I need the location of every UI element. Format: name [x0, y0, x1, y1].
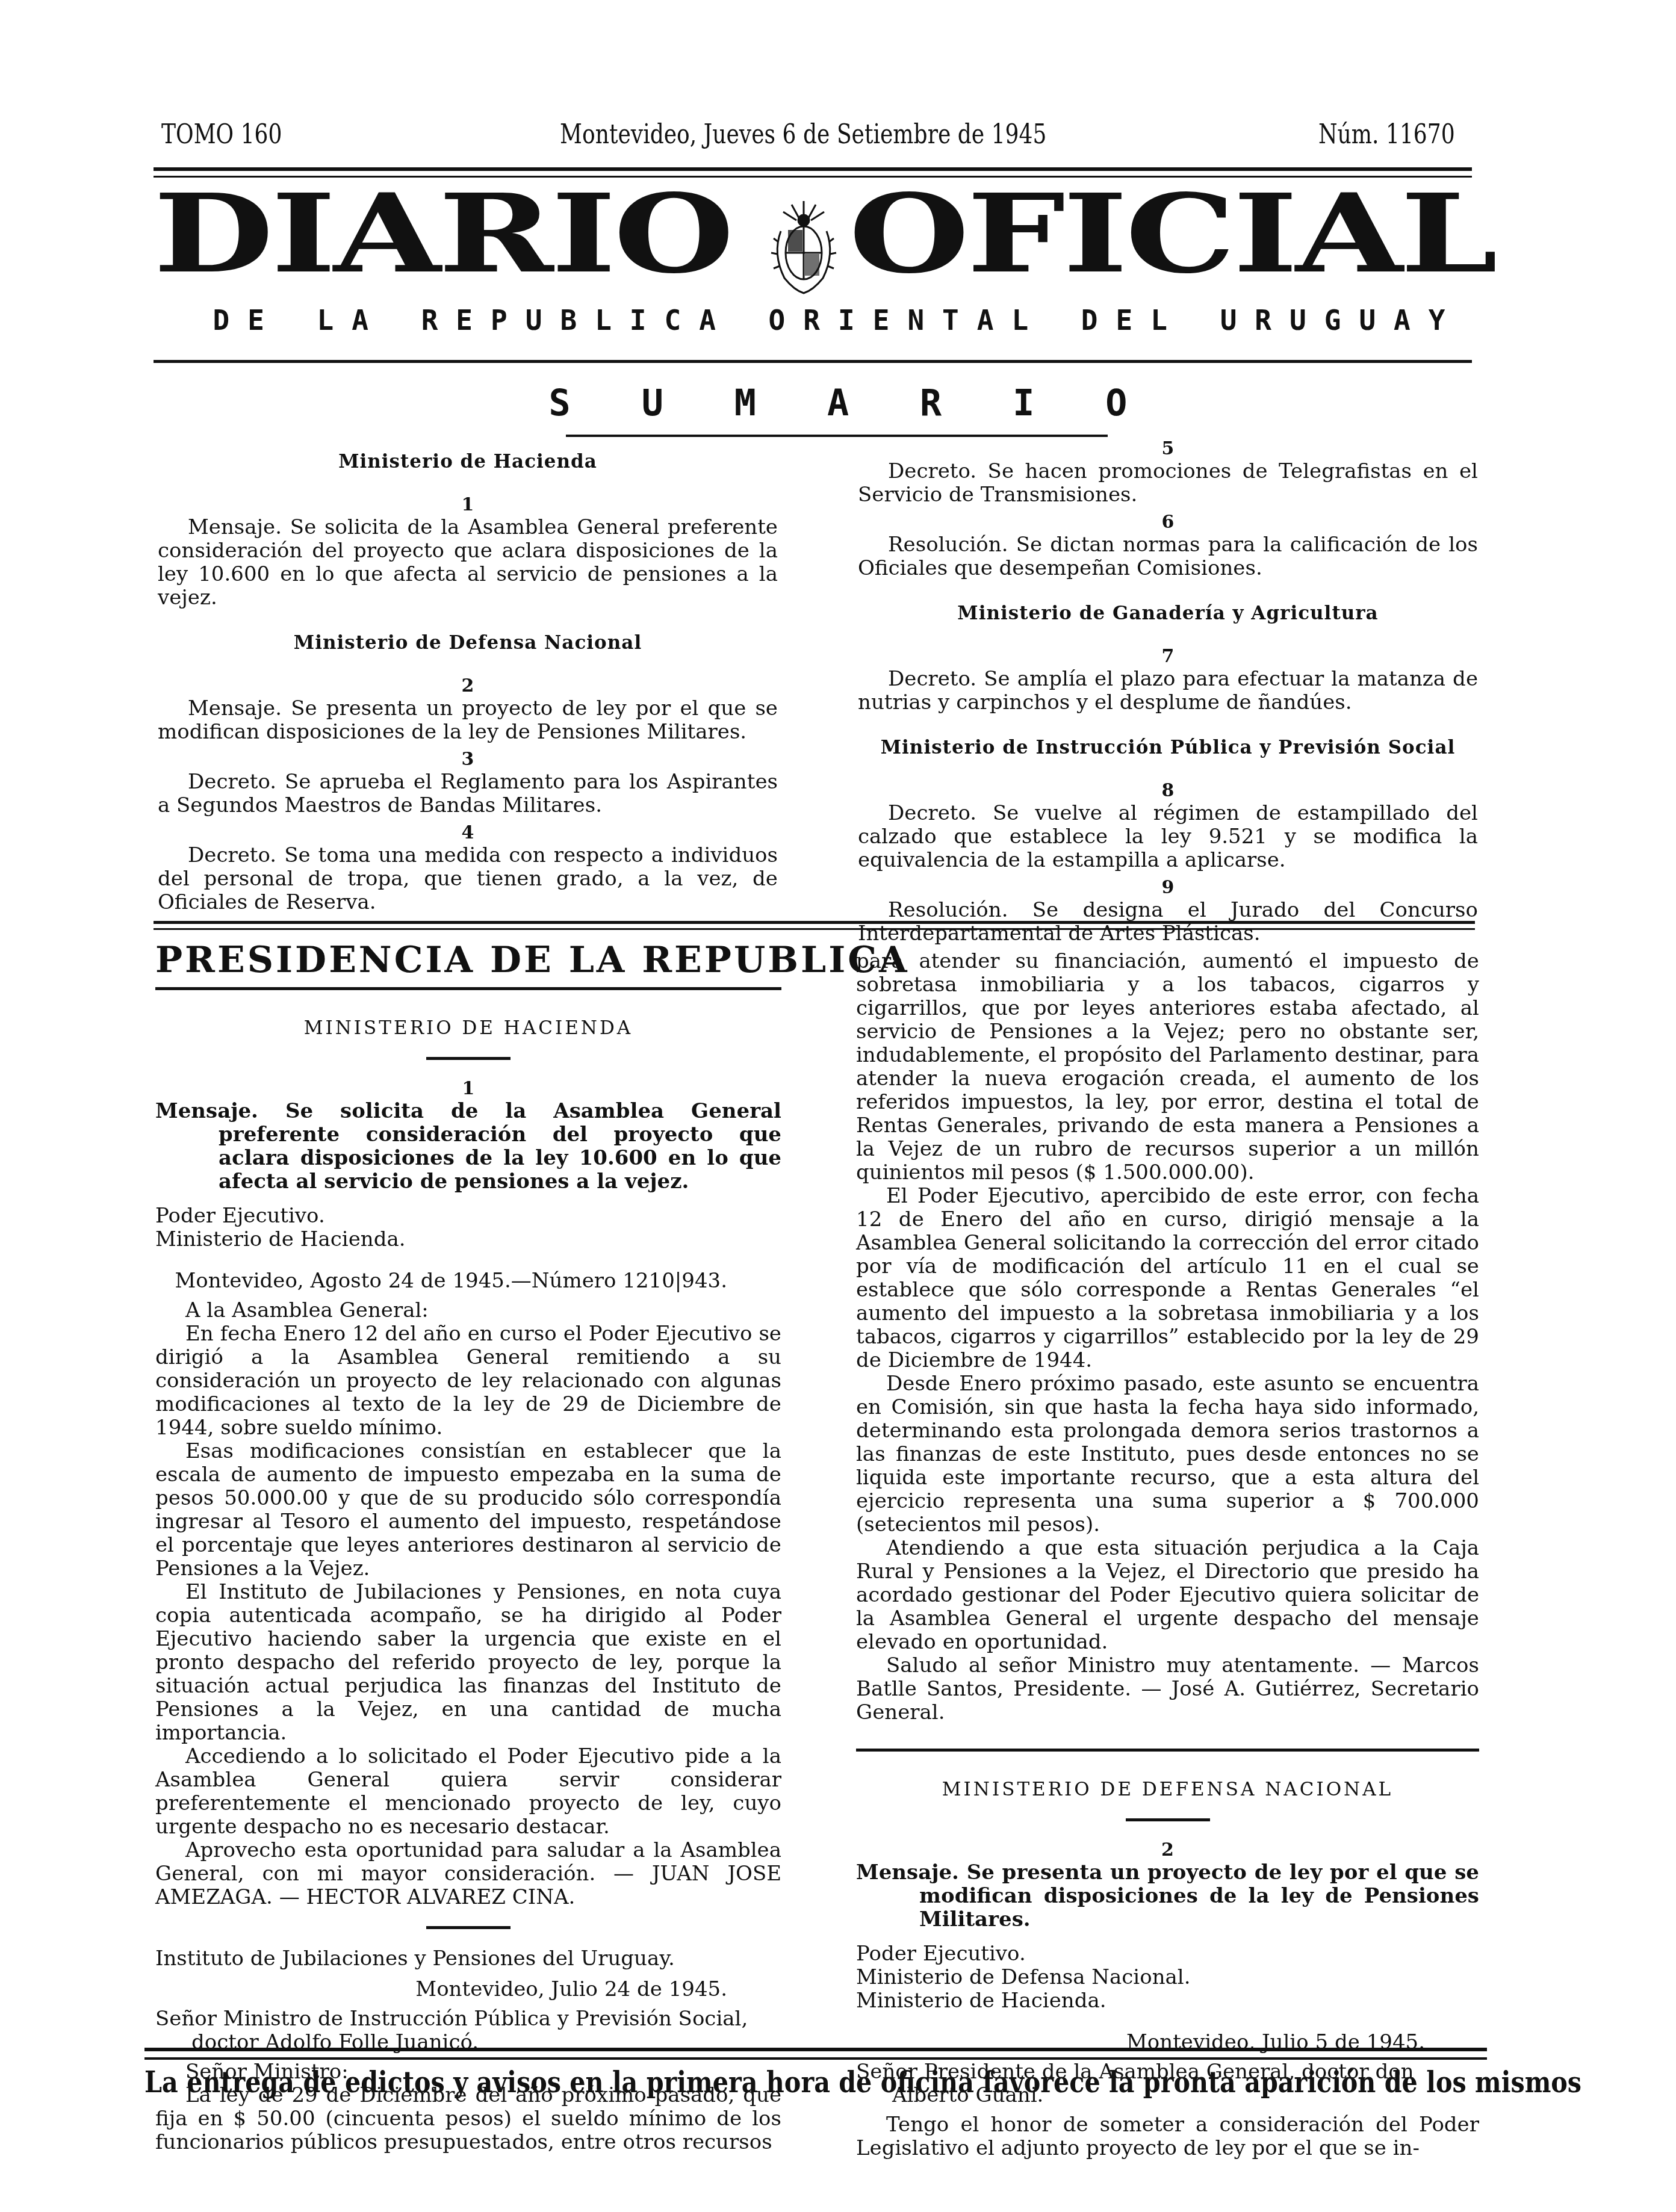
summary-heading: Mensaje. Se presenta un proyecto de ley … [856, 1861, 1479, 1932]
paragraph: Aprovecho esta oportunidad para saludar … [155, 1839, 781, 1909]
spacer [155, 1194, 781, 1204]
separator-rule [426, 1926, 511, 1929]
ministry-heading: Ministerio de Hacienda [158, 450, 778, 474]
paragraph: Mensaje. Se presenta un proyecto de ley … [158, 697, 778, 744]
paragraph: Tengo el honor de someter a consideració… [856, 2113, 1479, 2160]
paragraph: Desde Enero próximo pasado, este asunto … [856, 1372, 1479, 1537]
paragraph: Accediendo a lo solicitado el Poder Ejec… [155, 1745, 781, 1839]
separator-rule [426, 1057, 511, 1060]
spacer [856, 2013, 1479, 2024]
paragraph: Decreto. Se amplía el plazo para efectua… [858, 668, 1478, 714]
paragraph: Mensaje. Se solicita de la Asamblea Gene… [158, 516, 778, 610]
paragraph: Saludo al señor Ministro muy atentamente… [856, 1654, 1479, 1724]
item-number: 7 [858, 646, 1478, 668]
subtitle-rule [154, 360, 1472, 363]
item-number: 3 [158, 749, 778, 770]
item-number: 1 [155, 1078, 781, 1100]
separator-rule [1126, 1818, 1210, 1821]
subsection-title: MINISTERIO DE DEFENSA NACIONAL [856, 1778, 1479, 1802]
text-line: Ministerio de Defensa Nacional. [856, 1966, 1479, 1989]
text-line: Poder Ejecutivo. [155, 1204, 781, 1228]
text-line: Ministerio de Hacienda. [856, 1989, 1479, 2013]
paragraph: A la Asamblea General: [155, 1299, 781, 1322]
paragraph: Atendiendo a que esta situación perjudic… [856, 1537, 1479, 1654]
ministry-heading: Ministerio de Ganadería y Agricultura [858, 602, 1478, 625]
coat-of-arms-icon [768, 194, 840, 299]
body-right-column: para atender su financiación, aumentó el… [856, 950, 1479, 2160]
sumario-right-column: 5Decreto. Se hacen promociones de Telegr… [858, 433, 1478, 946]
item-number: 4 [158, 822, 778, 844]
item-number: 6 [858, 512, 1478, 533]
text-line: Poder Ejecutivo. [856, 1942, 1479, 1966]
paragraph: Decreto. Se hacen promociones de Telegra… [858, 460, 1478, 507]
paragraph: En fecha Enero 12 del año en curso el Po… [155, 1322, 781, 1440]
subsection-title: MINISTERIO DE HACIENDA [155, 1017, 781, 1040]
item-number: 2 [158, 675, 778, 697]
footer-rule-bottom [144, 2057, 1487, 2060]
ministry-heading: Ministerio de Defensa Nacional [158, 631, 778, 655]
item-number: 2 [856, 1839, 1479, 1861]
footer-rule-top [144, 2048, 1487, 2051]
body-left-column: PRESIDENCIA DE LA REPUBLICAMINISTERIO DE… [155, 939, 781, 2154]
item-number: 8 [858, 780, 1478, 802]
masthead-title-diario: DIARIO [154, 191, 732, 276]
paragraph: Decreto. Se aprueba el Reglamento para l… [158, 770, 778, 817]
paragraph: El Poder Ejecutivo, apercibido de este e… [856, 1185, 1479, 1372]
text-line: Instituto de Jubilaciones y Pensiones de… [155, 1947, 781, 1971]
sumario-title: SUMARIO [0, 382, 1676, 424]
spacer [856, 1932, 1479, 1942]
section-title: PRESIDENCIA DE LA REPUBLICA [155, 939, 781, 981]
sumario-left-column: Ministerio de Hacienda1Mensaje. Se solic… [158, 429, 778, 914]
paragraph: Resolución. Se dictan normas para la cal… [858, 533, 1478, 580]
issue-number: Núm. 11670 [1318, 119, 1455, 150]
paragraph: Esas modificaciones consistían en establ… [155, 1440, 781, 1581]
ministry-heading: Ministerio de Instrucción Pública y Prev… [858, 736, 1478, 760]
sumario-bottom-rule-top [154, 921, 1475, 924]
text-line: Ministerio de Hacienda. [155, 1228, 781, 1251]
section-rule [856, 1749, 1479, 1752]
item-number: 5 [858, 438, 1478, 460]
dateline: Montevideo, Julio 24 de 1945. [155, 1978, 781, 2001]
volume-number: TOMO 160 [161, 119, 282, 150]
summary-heading: Mensaje. Se solicita de la Asamblea Gene… [155, 1100, 781, 1194]
footer-notice: La entrega de edictos y avisos en la pri… [144, 2066, 1299, 2099]
spacer [155, 1251, 781, 1262]
dateline: Montevideo, Agosto 24 de 1945.—Número 12… [155, 1269, 781, 1293]
item-number: 9 [858, 877, 1478, 899]
masthead-subtitle: DE LA REPUBLICA ORIENTAL DEL URUGUAY [0, 304, 1676, 336]
paragraph: para atender su financiación, aumentó el… [856, 950, 1479, 1185]
item-number: 1 [158, 494, 778, 516]
paragraph: Decreto. Se vuelve al régimen de estampi… [858, 802, 1478, 872]
masthead-title-oficial: OFICIAL [849, 191, 1495, 276]
section-rule [155, 987, 781, 990]
sumario-bottom-rule-bottom [154, 928, 1475, 930]
paragraph: Decreto. Se toma una medida con respecto… [158, 844, 778, 914]
issue-date: Montevideo, Jueves 6 de Setiembre de 194… [560, 119, 1046, 150]
paragraph: El Instituto de Jubilaciones y Pensiones… [155, 1581, 781, 1745]
